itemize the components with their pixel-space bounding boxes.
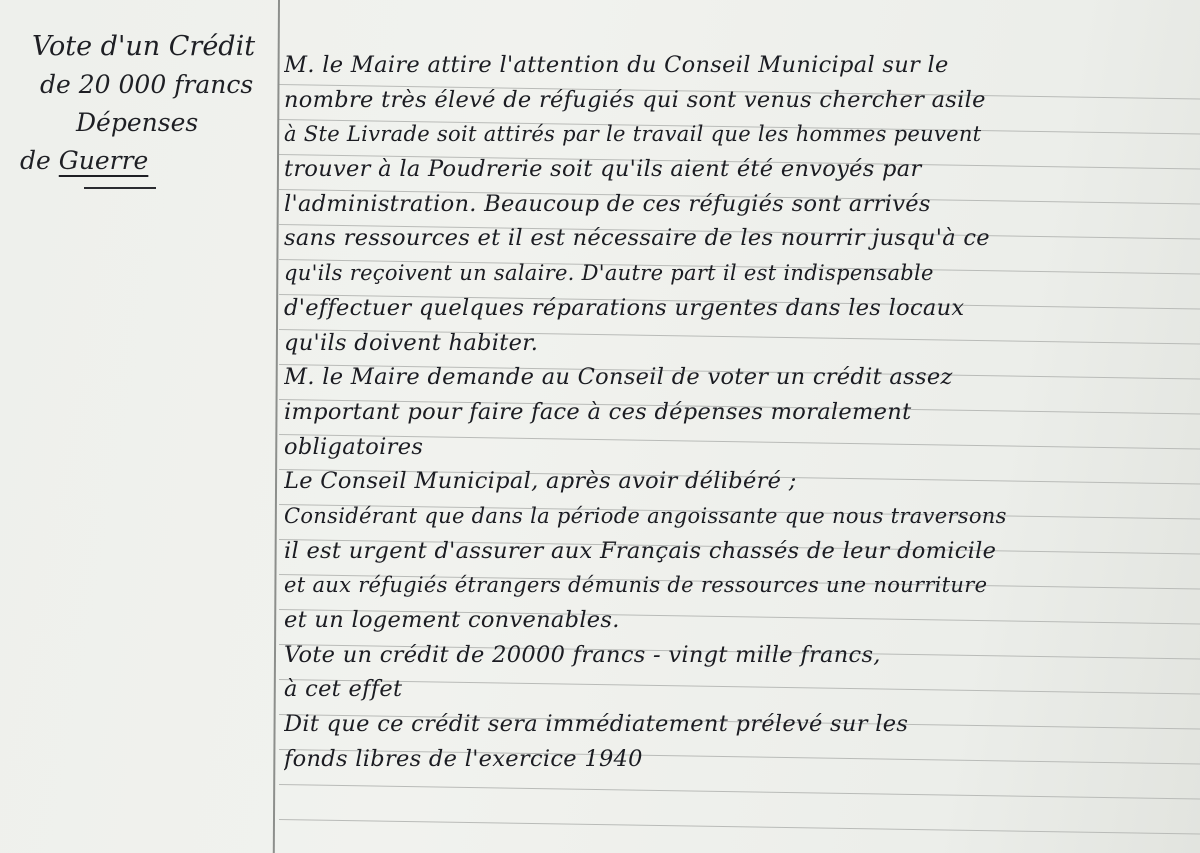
ruling-line	[279, 819, 1200, 835]
text-line: M. le Maire demande au Conseil de voter …	[284, 360, 1196, 395]
heading-underline	[84, 187, 156, 189]
text-line: fonds libres de l'exercice 1940	[284, 742, 1196, 777]
text-line: il est urgent d'assurer aux Français cha…	[284, 534, 1196, 569]
text-line: obligatoires	[284, 430, 1196, 465]
margin-heading-line: de 20 000 francs	[20, 66, 278, 104]
text-line: d'effectuer quelques réparations urgente…	[284, 291, 1196, 326]
text-line: M. le Maire attire l'attention du Consei…	[284, 48, 1196, 83]
deliberation-text: M. le Maire attire l'attention du Consei…	[284, 48, 1196, 776]
text-line: et un logement convenables.	[284, 603, 1196, 638]
margin-heading: Vote d'un Crédit de 20 000 francs Dépens…	[20, 28, 278, 180]
text-line: qu'ils doivent habiter.	[284, 326, 1196, 361]
text-line: trouver à la Poudrerie soit qu'ils aient…	[284, 152, 1196, 187]
text-line: Vote un crédit de 20000 francs - vingt m…	[284, 638, 1196, 673]
text-line: nombre très élevé de réfugiés qui sont v…	[284, 83, 1196, 118]
margin-heading-keyword: Guerre	[59, 146, 149, 175]
text-line: l'administration. Beaucoup de ces réfugi…	[284, 187, 1196, 222]
text-line: important pour faire face à ces dépenses…	[284, 395, 1196, 430]
text-line: sans ressources et il est nécessaire de …	[284, 221, 1196, 256]
text-line: à Ste Livrade soit attirés par le travai…	[284, 117, 1196, 152]
text-line: qu'ils reçoivent un salaire. D'autre par…	[284, 256, 1196, 291]
margin-heading-prefix: de	[20, 146, 51, 175]
margin-heading-line: Dépenses	[20, 104, 278, 142]
register-page: Vote d'un Crédit de 20 000 francs Dépens…	[0, 0, 1200, 853]
text-line: Considérant que dans la période angoissa…	[284, 499, 1196, 534]
text-line: Dit que ce crédit sera immédiatement pré…	[284, 707, 1196, 742]
text-line: à cet effet	[284, 672, 1196, 707]
margin-heading-line: de Guerre	[20, 142, 278, 180]
text-line: Le Conseil Municipal, après avoir délibé…	[284, 464, 1196, 499]
ruling-line	[279, 784, 1200, 800]
margin-heading-line: Vote d'un Crédit	[20, 28, 278, 66]
text-line: et aux réfugiés étrangers démunis de res…	[284, 568, 1196, 603]
